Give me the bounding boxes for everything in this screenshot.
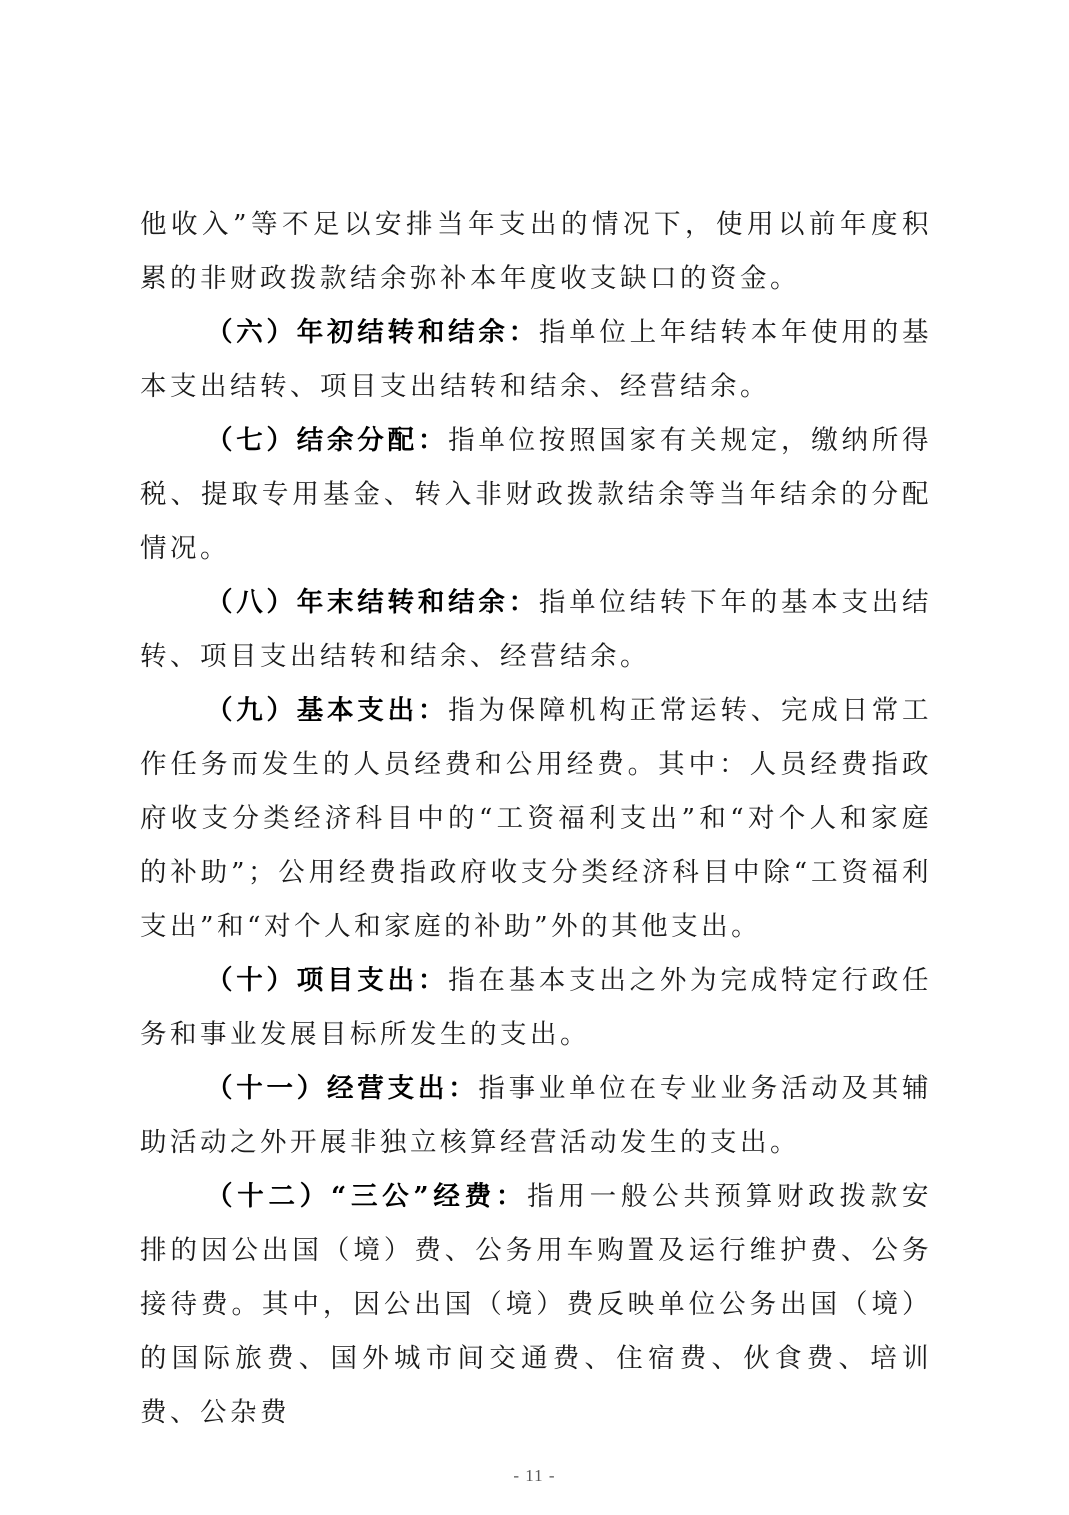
paragraph-year-start-carryover: （六）年初结转和结余：指单位上年结转本年使用的基本支出结转、项目支出结转和结余、… [140, 306, 932, 414]
paragraph-term: （十二）“三公”经费： [206, 1181, 527, 1212]
paragraph-text: 他收入”等不足以安排当年支出的情况下，使用以前年度积累的非财政拨款结余弥补本年度… [140, 209, 932, 294]
paragraph-year-end-carryover: （八）年末结转和结余：指单位结转下年的基本支出结转、项目支出结转和结余、经营结余… [140, 576, 932, 684]
paragraph-term: （八）年末结转和结余： [206, 587, 539, 618]
document-page: 他收入”等不足以安排当年支出的情况下，使用以前年度积累的非财政拨款结余弥补本年度… [0, 0, 1069, 1515]
paragraph-term: （十一）经营支出： [206, 1073, 478, 1104]
paragraph-continuation: 他收入”等不足以安排当年支出的情况下，使用以前年度积累的非财政拨款结余弥补本年度… [140, 198, 932, 306]
paragraph-basic-expenditure: （九）基本支出：指为保障机构正常运转、完成日常工作任务而发生的人员经费和公用经费… [140, 684, 932, 954]
paragraph-text: 指为保障机构正常运转、完成日常工作任务而发生的人员经费和公用经费。其中：人员经费… [140, 695, 932, 942]
page-number: - 11 - [0, 1466, 1069, 1486]
paragraph-operating-expenditure: （十一）经营支出：指事业单位在专业业务活动及其辅助活动之外开展非独立核算经营活动… [140, 1062, 932, 1170]
paragraph-term: （七）结余分配： [206, 425, 448, 456]
paragraph-term: （六）年初结转和结余： [206, 317, 539, 348]
paragraph-project-expenditure: （十）项目支出：指在基本支出之外为完成特定行政任务和事业发展目标所发生的支出。 [140, 954, 932, 1062]
paragraph-text: 指用一般公共预算财政拨款安排的因公出国（境）费、公务用车购置及运行维护费、公务接… [140, 1181, 932, 1428]
document-body: 他收入”等不足以安排当年支出的情况下，使用以前年度积累的非财政拨款结余弥补本年度… [140, 198, 932, 1440]
paragraph-three-public-expenses: （十二）“三公”经费：指用一般公共预算财政拨款安排的因公出国（境）费、公务用车购… [140, 1170, 932, 1440]
paragraph-term: （十）项目支出： [206, 965, 448, 996]
paragraph-surplus-distribution: （七）结余分配：指单位按照国家有关规定，缴纳所得税、提取专用基金、转入非财政拨款… [140, 414, 932, 576]
paragraph-term: （九）基本支出： [206, 695, 448, 726]
